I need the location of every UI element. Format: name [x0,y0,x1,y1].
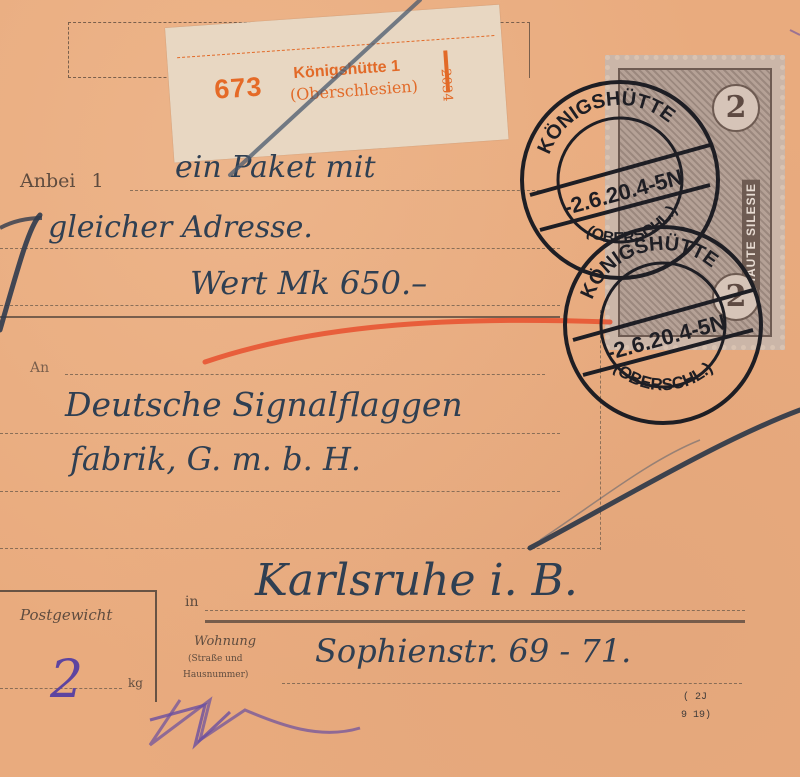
form-code-1: ( 2J [683,692,707,703]
postgewicht-label: Postgewicht [20,606,112,624]
wohnung-sub2: Hausnummer) [183,670,248,680]
anbei-label: Anbei [20,170,75,192]
form-code-2: 9 19) [681,710,711,721]
kg-label: kg [128,676,143,690]
registration-label: 673 Königshütte 1 (Oberschlesien) 2034 [165,5,509,163]
rule-wohnung [282,683,742,684]
recipient-city: Karlsruhe i. B. [255,555,578,606]
red-crayon-stroke [205,320,610,362]
violet-initials [150,705,230,745]
rule-solid-in [205,620,745,623]
rule-recipient-3 [0,548,600,549]
recipient-line2: fabrik, G. m. b. H. [70,440,361,478]
rule-2 [0,248,560,249]
svg-text:-2.6.20.4-5N: -2.6.20.4-5N [604,309,729,365]
recipient-street: Sophienstr. 69 - 71. [315,632,631,670]
handwriting-value: Wert Mk 650.– [190,264,427,302]
anbei-count: 1 [92,170,104,192]
registration-number: 673 [213,71,263,105]
rule-recipient-1 [0,433,560,434]
pencil-stroke-right [530,410,800,548]
handwriting-line2: gleicher Adresse. [48,210,313,245]
svg-text:(OBERSCHL.): (OBERSCHL.) [610,358,716,394]
pencil-stroke-left [0,215,40,330]
wohnung-sub1: (Straße und [188,654,243,664]
in-label: in [185,594,199,610]
wohnung-label: Wohnung [194,634,256,649]
handwriting-line1: ein Paket mit [175,150,376,185]
postmark-2: KÖNIGSHÜTTE -2.6.20.4-5N (OBERSCHL.) [558,220,768,430]
rule-anbei [130,190,550,191]
registration-code: 2034 [438,68,455,102]
rule-solid-1 [0,316,560,318]
rule-3 [0,305,560,306]
an-label: An [30,360,49,376]
rule-in [205,610,745,611]
weight-value: 2 [50,650,83,710]
parcel-card: Zum Nr. Anbei 1 An in Wohnung (Straße un… [0,0,800,777]
rule-recipient-2 [0,491,560,492]
rule-an [65,374,545,375]
recipient-line1: Deutsche Signalflaggen [65,385,463,424]
